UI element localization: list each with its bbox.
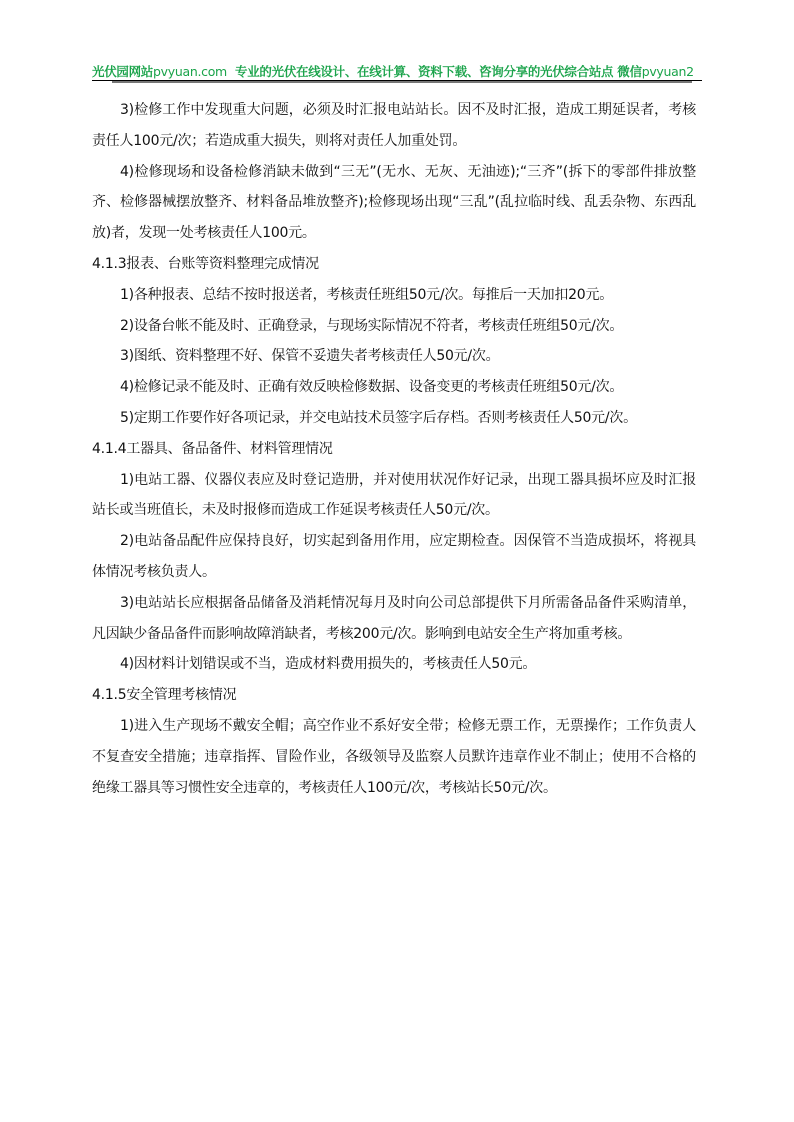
paragraph-material-plan: 4)因材料计划错误或不当，造成材料费用损失的，考核责任人50元。 <box>92 649 696 680</box>
paragraph-drawings: 3)图纸、资料整理不好、保管不妥遗失者考核责任人50元/次。 <box>92 341 696 372</box>
paragraph-4-site-cleanliness: 4)检修现场和设备检修消缺未做到“三无”(无水、无灰、无油迹);“三齐”(拆下的… <box>92 157 696 249</box>
paragraph-reports-late: 1)各种报表、总结不按时报送者，考核责任班组50元/次。每推后一天加扣20元。 <box>92 280 696 311</box>
wechat-label: 微信 <box>617 64 641 79</box>
section-heading-4-1-5: 4.1.5安全管理考核情况 <box>92 680 696 711</box>
paragraph-maintenance-records: 4)检修记录不能及时、正确有效反映检修数据、设备变更的考核责任班组50元/次。 <box>92 372 696 403</box>
header-divider-shadow <box>112 81 692 83</box>
site-header-banner: 光伏园网站pvyuan.com 专业的光伏在线设计、在线计算、资料下载、咨询分享… <box>92 62 702 80</box>
paragraph-procurement-list: 3)电站站长应根据备品储备及消耗情况每月及时向公司总部提供下月所需备品备件采购清… <box>92 588 696 650</box>
paragraph-periodic-work: 5)定期工作要作好各项记录，并交电站技术员签字后存档。否则考核责任人50元/次。 <box>92 403 696 434</box>
paragraph-tools-register: 1)电站工器、仪器仪表应及时登记造册，并对使用状况作好记录，出现工器具损坏应及时… <box>92 465 696 527</box>
paragraph-spare-parts: 2)电站备品配件应保持良好，切实起到备用作用，应定期检查。因保管不当造成损坏，将… <box>92 526 696 588</box>
wechat-id: pvyuan2 <box>642 64 694 79</box>
site-name: 光伏园网站 <box>92 64 153 79</box>
paragraph-3-major-issues: 3)检修工作中发现重大问题，必须及时汇报电站站长。因不及时汇报，造成工期延误者，… <box>92 95 696 157</box>
paragraph-safety-violations: 1)进入生产现场不戴安全帽；高空作业不系好安全带；检修无票工作，无票操作；工作负… <box>92 711 696 803</box>
site-tagline: 专业的光伏在线设计、在线计算、资料下载、咨询分享的光伏综合站点 <box>235 64 613 79</box>
paragraph-equipment-ledger: 2)设备台帐不能及时、正确登录，与现场实际情况不符者，考核责任班组50元/次。 <box>92 311 696 342</box>
section-heading-4-1-3: 4.1.3报表、台账等资料整理完成情况 <box>92 249 696 280</box>
site-domain: pvyuan.com <box>153 64 227 79</box>
section-heading-4-1-4: 4.1.4工器具、备品备件、材料管理情况 <box>92 434 696 465</box>
document-body: 3)检修工作中发现重大问题，必须及时汇报电站站长。因不及时汇报，造成工期延误者，… <box>92 95 696 803</box>
